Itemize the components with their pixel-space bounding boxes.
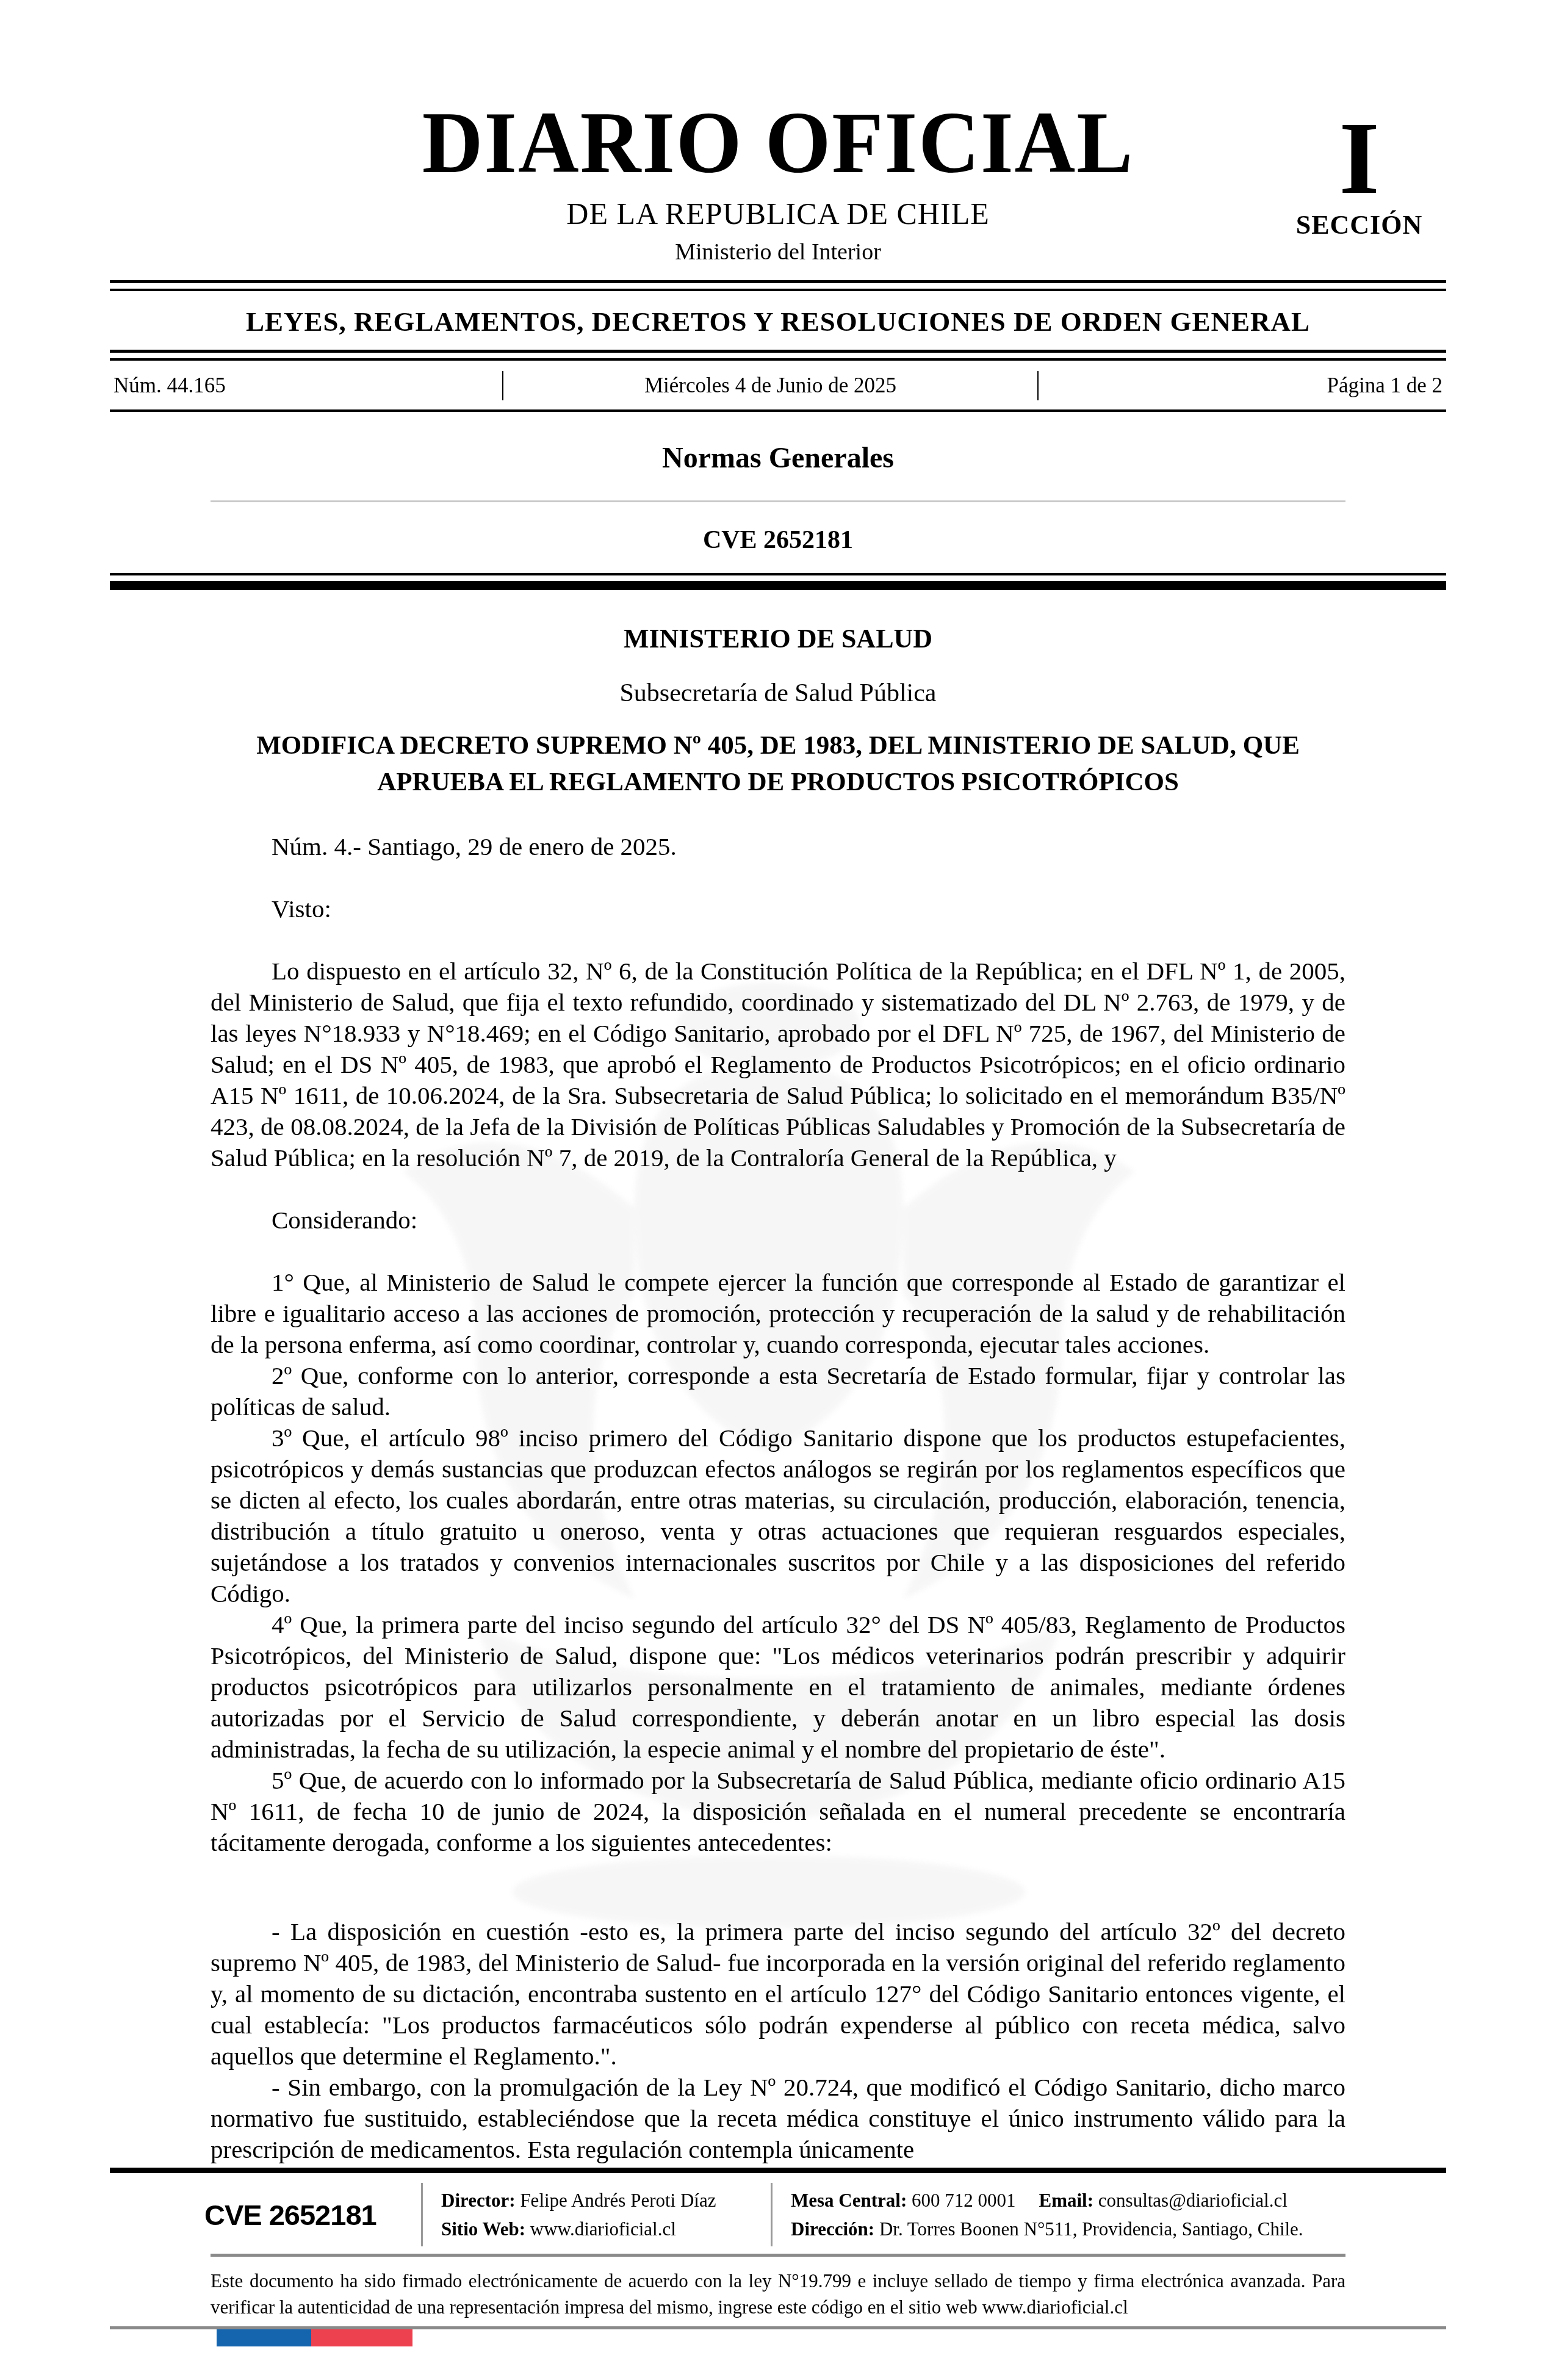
footer-website-line: Sitio Web: www.diarioficial.cl — [441, 2215, 771, 2243]
phone-value: 600 712 0001 — [912, 2190, 1016, 2211]
footer-top-rule — [110, 2168, 1446, 2173]
footer-divider — [771, 2183, 773, 2246]
consideration-paragraph: 5º Que, de acuerdo con lo informado por … — [211, 1765, 1345, 1858]
masthead: DIARIO OFICIAL DE LA REPUBLICA DE CHILE … — [0, 0, 1556, 265]
legal-notice: Este documento ha sido firmado electróni… — [211, 2268, 1345, 2320]
article: MINISTERIO DE SALUD Subsecretaría de Sal… — [211, 623, 1345, 2165]
director-value: Felipe Andrés Peroti Díaz — [520, 2190, 716, 2211]
section-block: I SECCIÓN — [1294, 116, 1425, 240]
address-label: Dirección: — [791, 2218, 874, 2240]
consideration-paragraph: 1° Que, al Ministerio de Salud le compet… — [211, 1267, 1345, 1360]
section-label: SECCIÓN — [1294, 209, 1425, 240]
visto-label: Visto: — [211, 893, 1345, 925]
section-heading: Normas Generales — [0, 441, 1556, 475]
issue-info-row: Núm. 44.165 Miércoles 4 de Junio de 2025… — [110, 369, 1446, 402]
article-ministry: MINISTERIO DE SALUD — [211, 623, 1345, 654]
issue-date: Miércoles 4 de Junio de 2025 — [502, 371, 1039, 400]
hairline-divider — [211, 500, 1345, 502]
page-footer: CVE 2652181 Director: Felipe Andrés Pero… — [0, 2168, 1556, 2380]
website-label: Sitio Web: — [441, 2218, 525, 2240]
banner-heading: LEYES, REGLAMENTOS, DECRETOS Y RESOLUCIO… — [0, 306, 1556, 337]
website-value: www.diarioficial.cl — [530, 2218, 676, 2240]
email-label: Email: — [1039, 2190, 1094, 2211]
article-body: Núm. 4.- Santiago, 29 de enero de 2025. … — [211, 831, 1345, 2165]
issue-number: Núm. 44.165 — [110, 373, 502, 398]
footer-contact-column: Mesa Central: 600 712 0001Email: consult… — [791, 2186, 1352, 2243]
double-rule-top — [110, 280, 1446, 291]
section-numeral: I — [1294, 116, 1425, 201]
article-subsecretary: Subsecretaría de Salud Pública — [211, 679, 1345, 708]
article-title: MODIFICA DECRETO SUPREMO Nº 405, DE 1983… — [229, 727, 1327, 801]
double-rule-banner-bottom — [110, 350, 1446, 361]
chile-flag-bars — [217, 2329, 1556, 2346]
antecedent-paragraph: - Sin embargo, con la promulgación de la… — [211, 2072, 1345, 2165]
footer-director-column: Director: Felipe Andrés Peroti Díaz Siti… — [441, 2186, 771, 2243]
consideration-paragraph: 2º Que, conforme con lo anterior, corres… — [211, 1360, 1345, 1423]
cve-heading: CVE 2652181 — [0, 525, 1556, 555]
director-label: Director: — [441, 2190, 516, 2211]
footer-director-line: Director: Felipe Andrés Peroti Díaz — [441, 2186, 771, 2215]
consideration-paragraph: 4º Que, la primera parte del inciso segu… — [211, 1609, 1345, 1765]
email-value: consultas@diarioficial.cl — [1098, 2190, 1288, 2211]
footer-divider — [421, 2183, 423, 2246]
considerando-label: Considerando: — [211, 1205, 1345, 1236]
footer-info-box: CVE 2652181 Director: Felipe Andrés Pero… — [204, 2183, 1352, 2246]
address-value: Dr. Torres Boonen N°511, Providencia, Sa… — [879, 2218, 1303, 2240]
footer-cve: CVE 2652181 — [204, 2198, 421, 2232]
double-rule-thick — [110, 573, 1446, 590]
masthead-ministry: Ministerio del Interior — [0, 239, 1556, 265]
rule-under-issue-row — [110, 409, 1446, 412]
flag-blue-bar — [217, 2329, 311, 2346]
decree-number-line: Núm. 4.- Santiago, 29 de enero de 2025. — [211, 831, 1345, 862]
consideration-paragraph: 3º Que, el artículo 98º inciso primero d… — [211, 1423, 1345, 1609]
footer-gray-rule — [211, 2254, 1345, 2257]
flag-red-bar — [311, 2329, 412, 2346]
gazette-page: DIARIO OFICIAL DE LA REPUBLICA DE CHILE … — [0, 0, 1556, 2380]
footer-phone-email-line: Mesa Central: 600 712 0001Email: consult… — [791, 2186, 1352, 2215]
antecedent-paragraph: - La disposición en cuestión -esto es, l… — [211, 1916, 1345, 2072]
footer-address-line: Dirección: Dr. Torres Boonen N°511, Prov… — [791, 2215, 1352, 2243]
visto-paragraph: Lo dispuesto en el artículo 32, Nº 6, de… — [211, 956, 1345, 1174]
phone-label: Mesa Central: — [791, 2190, 907, 2211]
issue-page: Página 1 de 2 — [1039, 373, 1446, 398]
